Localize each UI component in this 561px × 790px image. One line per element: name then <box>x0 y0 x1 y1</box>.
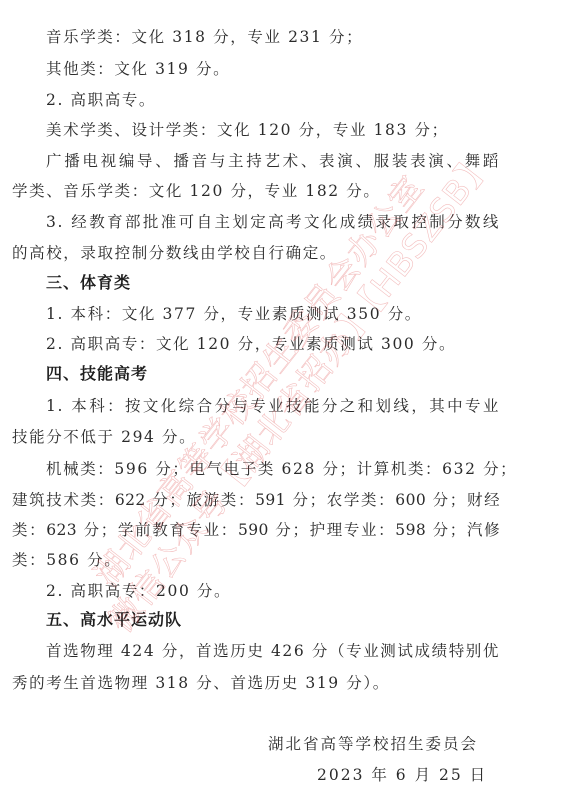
text-line-athletic-scores: 首选物理 424 分，首选历史 426 分（专业测试成绩特别优 <box>46 641 500 661</box>
signature-organization: 湖北省高等学校招生委员会 <box>268 732 478 754</box>
text-line-athletic-scores-cont: 秀的考生首选物理 318 分、首选历史 319 分）。 <box>12 673 500 693</box>
signature-date: 2023 年 6 月 25 日 <box>317 763 487 785</box>
text-line-other: 其他类：文化 319 分。 <box>46 59 500 79</box>
text-line-skills-categories-4: 类：586 分。 <box>12 550 500 570</box>
text-line-self-determined: 3. 经教育部批准可自主划定高考文化成绩录取控制分数线 <box>46 212 500 232</box>
section-heading-skills: 四、技能高考 <box>46 364 500 384</box>
text-line-skills-undergrad: 1. 本科：按文化综合分与专业技能分之和划线，其中专业 <box>46 396 500 416</box>
section-heading-sports: 三、体育类 <box>46 273 500 293</box>
section-heading-athletic-teams: 五、高水平运动队 <box>46 610 500 630</box>
text-line-vocational-heading: 2. 高职高专。 <box>46 90 500 110</box>
text-line-sports-undergrad: 1. 本科：文化 377 分，专业素质测试 350 分。 <box>46 304 500 324</box>
text-line-skills-categories-2: 建筑技术类：622 分；旅游类：591 分；农学类：600 分；财经 <box>12 490 500 510</box>
text-line-self-determined-cont: 的高校，录取控制分数线由学校自行确定。 <box>12 243 500 263</box>
document-page: 音乐学类：文化 318 分，专业 231 分； 其他类：文化 319 分。 2.… <box>0 0 561 790</box>
text-line-art-design: 美术学类、设计学类：文化 120 分，专业 183 分； <box>46 120 500 140</box>
text-line-skills-categories-3: 类：623 分；学前教育专业：590 分；护理专业：598 分；汽修 <box>12 520 500 540</box>
text-line-skills-min: 技能分不低于 294 分。 <box>12 427 500 447</box>
text-line-sports-vocational: 2. 高职高专：文化 120 分，专业素质测试 300 分。 <box>46 334 500 354</box>
text-line-broadcasting: 广播电视编导、播音与主持艺术、表演、服装表演、舞蹈 <box>46 151 500 171</box>
text-line-skills-vocational: 2. 高职高专：200 分。 <box>46 581 500 601</box>
text-line-music: 音乐学类：文化 318 分，专业 231 分； <box>46 27 500 47</box>
text-line-broadcasting-cont: 学类、音乐学类：文化 120 分，专业 182 分。 <box>12 181 500 201</box>
text-line-skills-categories-1: 机械类：596 分；电气电子类 628 分；计算机类：632 分； <box>46 459 500 479</box>
